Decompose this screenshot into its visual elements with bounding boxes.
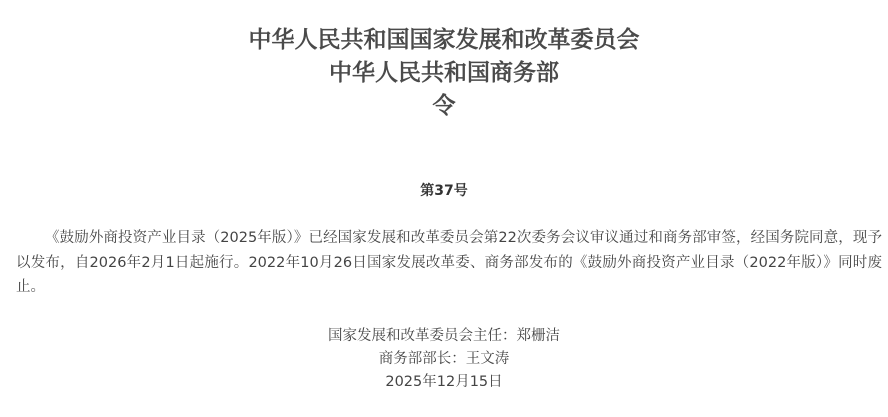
document-header: 中华人民共和国国家发展和改革委员会 中华人民共和国商务部 令	[0, 24, 888, 123]
issue-date: 2025年12月15日	[0, 371, 888, 394]
issuer-title-mofcom: 中华人民共和国商务部	[0, 57, 888, 90]
decree-label: 令	[0, 90, 888, 123]
order-number: 第37号	[0, 181, 888, 201]
signature-mofcom-minister: 商务部部长：王文涛	[0, 348, 888, 371]
signature-block: 国家发展和改革委员会主任：郑栅洁 商务部部长：王文涛 2025年12月15日	[0, 325, 888, 394]
signature-ndrc-director: 国家发展和改革委员会主任：郑栅洁	[0, 325, 888, 348]
issuer-title-ndrc: 中华人民共和国国家发展和改革委员会	[0, 24, 888, 57]
decree-body-paragraph: 《鼓励外商投资产业目录（2025年版）》已经国家发展和改革委员会第22次委务会议…	[16, 226, 882, 300]
